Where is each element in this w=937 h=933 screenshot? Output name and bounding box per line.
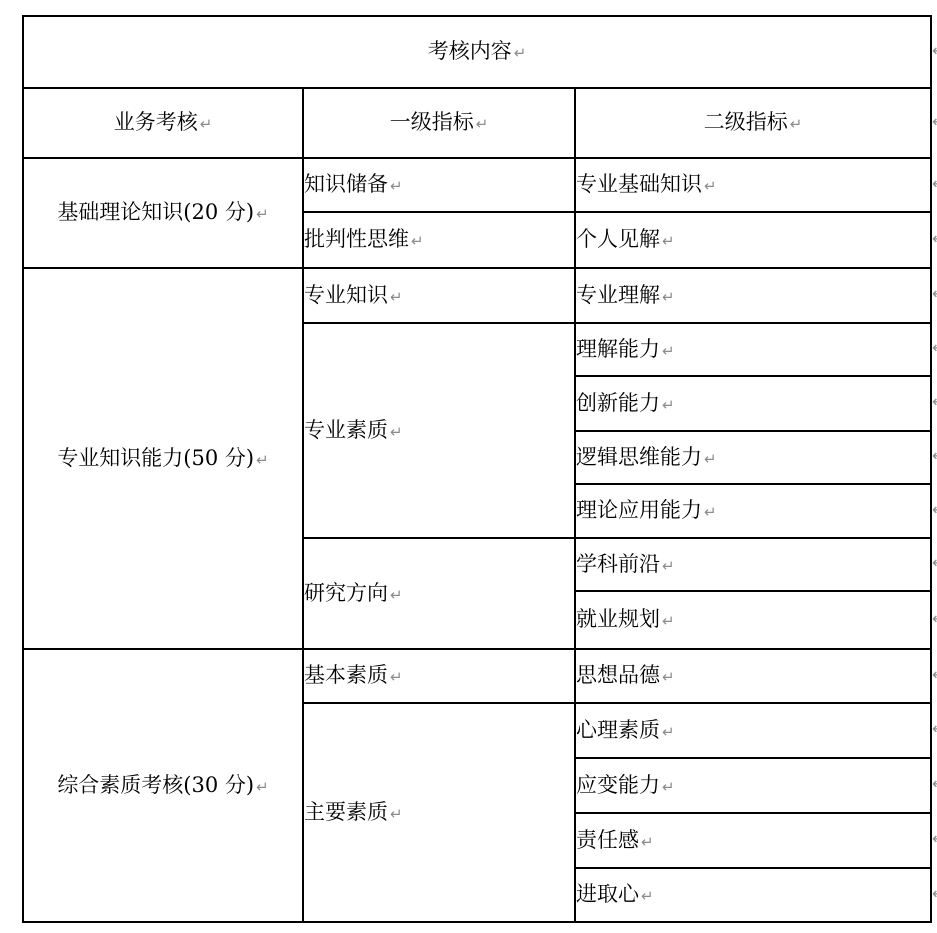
cell-end-mark-icon: ↵ bbox=[256, 451, 269, 469]
category-comprehensive-quality: 综合素质考核(30 分) bbox=[57, 773, 254, 797]
cell-end-mark-icon: ↵ bbox=[514, 44, 527, 62]
level2-cell-theory-application: 理论应用能力↵ bbox=[575, 484, 931, 538]
assessment-table: 考核内容↵ 业务考核↵ 一级指标↵ 二级指标↵ 基础理论知识(20 分)↵ 知识… bbox=[22, 15, 932, 923]
cell-end-mark-icon: ↵ bbox=[411, 232, 424, 250]
level2-professional-basics: 专业基础知识 bbox=[576, 172, 702, 196]
cell-end-mark-icon: ↵ bbox=[390, 586, 403, 604]
cell-end-mark-icon: ↵ bbox=[662, 723, 675, 741]
row-end-mark-icon: ↵ bbox=[932, 284, 937, 303]
cell-end-mark-icon: ↵ bbox=[704, 503, 717, 521]
level1-professional-quality: 专业素质 bbox=[304, 418, 388, 442]
level1-main-quality: 主要素质 bbox=[304, 800, 388, 824]
level2-career-planning: 就业规划 bbox=[576, 607, 660, 631]
cell-end-mark-icon: ↵ bbox=[641, 833, 654, 851]
cell-end-mark-icon: ↵ bbox=[790, 115, 803, 133]
cell-end-mark-icon: ↵ bbox=[256, 778, 269, 796]
cell-end-mark-icon: ↵ bbox=[390, 805, 403, 823]
cell-end-mark-icon: ↵ bbox=[704, 450, 717, 468]
cell-end-mark-icon: ↵ bbox=[662, 342, 675, 360]
level1-basic-quality: 基本素质 bbox=[304, 663, 388, 687]
level2-cell-discipline-frontier: 学科前沿↵ bbox=[575, 538, 931, 591]
row-end-mark-icon: ↵ bbox=[932, 665, 937, 684]
level2-cell-career-planning: 就业规划↵ bbox=[575, 591, 931, 649]
table-title: 考核内容 bbox=[428, 39, 512, 63]
row-end-mark-icon: ↵ bbox=[932, 774, 937, 793]
row-end-mark-icon: ↵ bbox=[932, 829, 937, 848]
row-end-mark-icon: ↵ bbox=[932, 41, 937, 60]
level2-cell-logical-thinking: 逻辑思维能力↵ bbox=[575, 431, 931, 484]
level1-cell-knowledge-reserve: 知识储备↵ bbox=[303, 158, 575, 212]
row-end-mark-icon: ↵ bbox=[932, 446, 937, 465]
cell-end-mark-icon: ↵ bbox=[390, 177, 403, 195]
level2-personal-insight: 个人见解 bbox=[576, 227, 660, 251]
level1-cell-research-direction: 研究方向↵ bbox=[303, 538, 575, 649]
row-end-mark-icon: ↵ bbox=[932, 500, 937, 519]
level2-discipline-frontier: 学科前沿 bbox=[576, 552, 660, 576]
row-end-mark-icon: ↵ bbox=[932, 338, 937, 357]
level2-cell-comprehension-ability: 理解能力↵ bbox=[575, 323, 931, 376]
level2-cell-innovation-ability: 创新能力↵ bbox=[575, 376, 931, 431]
cell-end-mark-icon: ↵ bbox=[256, 205, 269, 223]
header-cell-level2-indicator: 二级指标↵ bbox=[575, 88, 931, 158]
cell-end-mark-icon: ↵ bbox=[390, 288, 403, 306]
level2-cell-initiative: 进取心↵ bbox=[575, 868, 931, 922]
cell-end-mark-icon: ↵ bbox=[662, 778, 675, 796]
level2-cell-professional-basics: 专业基础知识↵ bbox=[575, 158, 931, 212]
cell-end-mark-icon: ↵ bbox=[662, 612, 675, 630]
row-end-mark-icon: ↵ bbox=[932, 884, 937, 903]
level2-cell-psychological-quality: 心理素质↵ bbox=[575, 703, 931, 758]
header-cell-level1-indicator: 一级指标↵ bbox=[303, 88, 575, 158]
cell-end-mark-icon: ↵ bbox=[662, 668, 675, 686]
document-page: 考核内容↵ 业务考核↵ 一级指标↵ 二级指标↵ 基础理论知识(20 分)↵ 知识… bbox=[0, 0, 937, 933]
category-basic-theory: 基础理论知识(20 分) bbox=[57, 200, 254, 224]
level2-cell-professional-understanding: 专业理解↵ bbox=[575, 268, 931, 323]
cell-end-mark-icon: ↵ bbox=[662, 396, 675, 414]
level1-cell-professional-quality: 专业素质↵ bbox=[303, 323, 575, 538]
level1-cell-main-quality: 主要素质↵ bbox=[303, 703, 575, 922]
level1-critical-thinking: 批判性思维 bbox=[304, 227, 409, 251]
row-end-mark-icon: ↵ bbox=[932, 609, 937, 628]
level2-cell-personal-insight: 个人见解↵ bbox=[575, 212, 931, 268]
cell-end-mark-icon: ↵ bbox=[662, 288, 675, 306]
level2-initiative: 进取心 bbox=[576, 882, 639, 906]
header-level2-indicator: 二级指标 bbox=[704, 110, 788, 134]
level1-research-direction: 研究方向 bbox=[304, 581, 388, 605]
level1-cell-professional-knowledge: 专业知识↵ bbox=[303, 268, 575, 323]
level2-cell-adaptability: 应变能力↵ bbox=[575, 758, 931, 813]
level2-cell-moral-character: 思想品德↵ bbox=[575, 649, 931, 703]
cell-end-mark-icon: ↵ bbox=[476, 115, 489, 133]
level2-cell-responsibility: 责任感↵ bbox=[575, 813, 931, 868]
category-professional-knowledge: 专业知识能力(50 分) bbox=[57, 446, 254, 470]
level1-professional-knowledge: 专业知识 bbox=[304, 283, 388, 307]
row-end-mark-icon: ↵ bbox=[932, 392, 937, 411]
cell-end-mark-icon: ↵ bbox=[704, 177, 717, 195]
header-cell-business-assessment: 业务考核↵ bbox=[23, 88, 303, 158]
category-cell-comprehensive-quality: 综合素质考核(30 分)↵ bbox=[23, 649, 303, 922]
row-end-mark-icon: ↵ bbox=[932, 229, 937, 248]
level2-theory-application: 理论应用能力 bbox=[576, 498, 702, 522]
cell-end-mark-icon: ↵ bbox=[641, 887, 654, 905]
level1-cell-critical-thinking: 批判性思维↵ bbox=[303, 212, 575, 268]
row-end-mark-icon: ↵ bbox=[932, 553, 937, 572]
table-title-cell: 考核内容↵ bbox=[23, 16, 931, 88]
header-business-assessment: 业务考核 bbox=[114, 110, 198, 134]
row-end-mark-icon: ↵ bbox=[932, 112, 937, 131]
level2-comprehension-ability: 理解能力 bbox=[576, 337, 660, 361]
level2-responsibility: 责任感 bbox=[576, 828, 639, 852]
row-end-mark-icon: ↵ bbox=[932, 719, 937, 738]
level2-moral-character: 思想品德 bbox=[576, 663, 660, 687]
level2-innovation-ability: 创新能力 bbox=[576, 391, 660, 415]
level1-knowledge-reserve: 知识储备 bbox=[304, 172, 388, 196]
row-end-mark-icon: ↵ bbox=[932, 174, 937, 193]
header-level1-indicator: 一级指标 bbox=[390, 110, 474, 134]
level2-adaptability: 应变能力 bbox=[576, 773, 660, 797]
cell-end-mark-icon: ↵ bbox=[662, 232, 675, 250]
cell-end-mark-icon: ↵ bbox=[662, 557, 675, 575]
level2-logical-thinking: 逻辑思维能力 bbox=[576, 445, 702, 469]
level1-cell-basic-quality: 基本素质↵ bbox=[303, 649, 575, 703]
cell-end-mark-icon: ↵ bbox=[390, 423, 403, 441]
category-cell-professional-knowledge: 专业知识能力(50 分)↵ bbox=[23, 268, 303, 649]
cell-end-mark-icon: ↵ bbox=[200, 115, 213, 133]
cell-end-mark-icon: ↵ bbox=[390, 668, 403, 686]
category-cell-basic-theory: 基础理论知识(20 分)↵ bbox=[23, 158, 303, 268]
level2-professional-understanding: 专业理解 bbox=[576, 283, 660, 307]
level2-psychological-quality: 心理素质 bbox=[576, 718, 660, 742]
